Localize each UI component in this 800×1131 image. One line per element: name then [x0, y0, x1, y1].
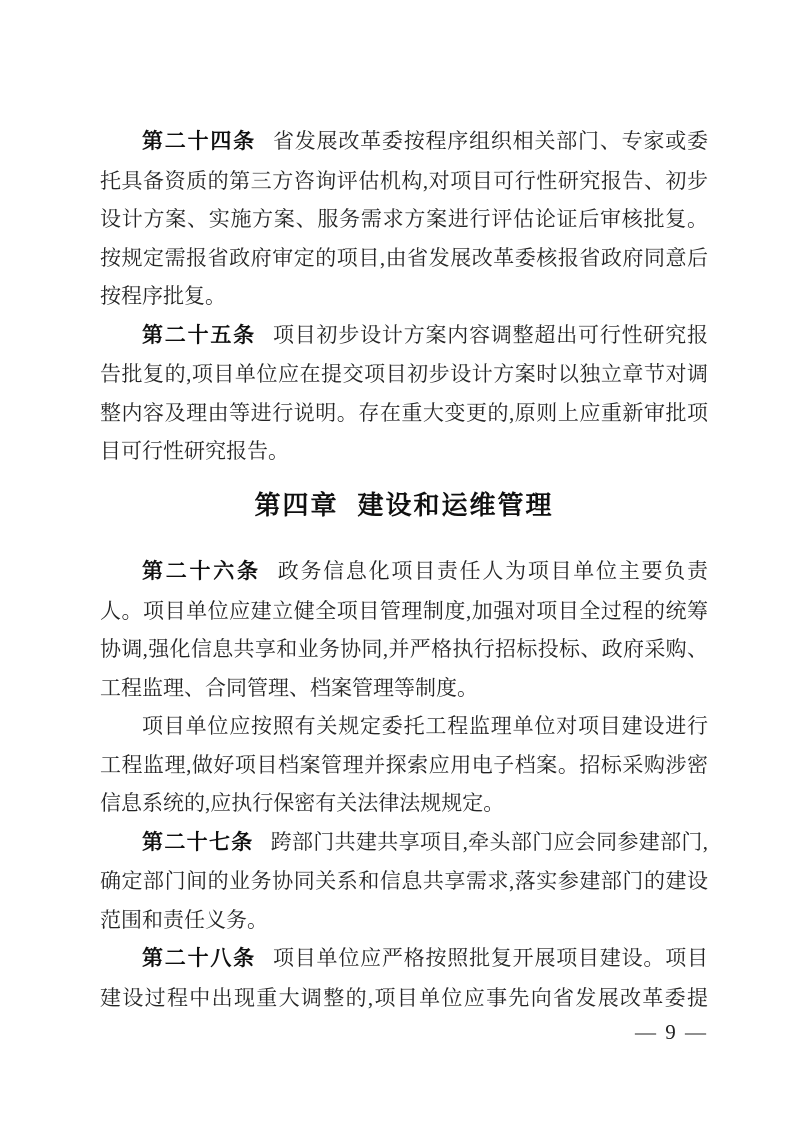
document-page: 第二十四条省发展改革委按程序组织相关部门、专家或委托具备资质的第三方咨询评估机构… — [0, 0, 800, 1131]
article-28-paragraph: 第二十八条项目单位应严格按照批复开展项目建设。项目建设过程中出现重大调整的,项目… — [100, 939, 708, 1017]
chapter-number: 第四章 — [254, 490, 338, 520]
chapter-heading: 第四章建设和运维管理 — [100, 486, 708, 525]
article-24-text: 省发展改革委按程序组织相关部门、专家或委托具备资质的第三方咨询评估机构,对项目可… — [100, 129, 708, 308]
document-content: 第二十四条省发展改革委按程序组织相关部门、专家或委托具备资质的第三方咨询评估机构… — [100, 122, 708, 1047]
article-24-number: 第二十四条 — [142, 130, 256, 153]
chapter-title: 建设和运维管理 — [358, 490, 554, 520]
article-26-subparagraph: 项目单位应按照有关规定委托工程监理单位对项目建设进行工程监理,做好项目档案管理并… — [100, 707, 708, 823]
article-26-paragraph: 第二十六条政务信息化项目责任人为项目单位主要负责人。项目单位应建立健全项目管理制… — [100, 552, 708, 707]
article-28-number: 第二十八条 — [142, 947, 256, 970]
article-25-number: 第二十五条 — [142, 324, 256, 347]
article-27-paragraph: 第二十七条跨部门共建共享项目,牵头部门应会同参建部门,确定部门间的业务协同关系和… — [100, 823, 708, 940]
article-26-number: 第二十六条 — [142, 560, 261, 583]
page-footer: — 9 — — [100, 1017, 708, 1047]
article-26-subtext: 项目单位应按照有关规定委托工程监理单位对项目建设进行工程监理,做好项目档案管理并… — [100, 714, 708, 815]
article-24-paragraph: 第二十四条省发展改革委按程序组织相关部门、专家或委托具备资质的第三方咨询评估机构… — [100, 122, 708, 316]
page-number: — 9 — — [635, 1020, 708, 1044]
article-27-number: 第二十七条 — [142, 831, 254, 854]
article-25-paragraph: 第二十五条项目初步设计方案内容调整超出可行性研究报告批复的,项目单位应在提交项目… — [100, 316, 708, 471]
